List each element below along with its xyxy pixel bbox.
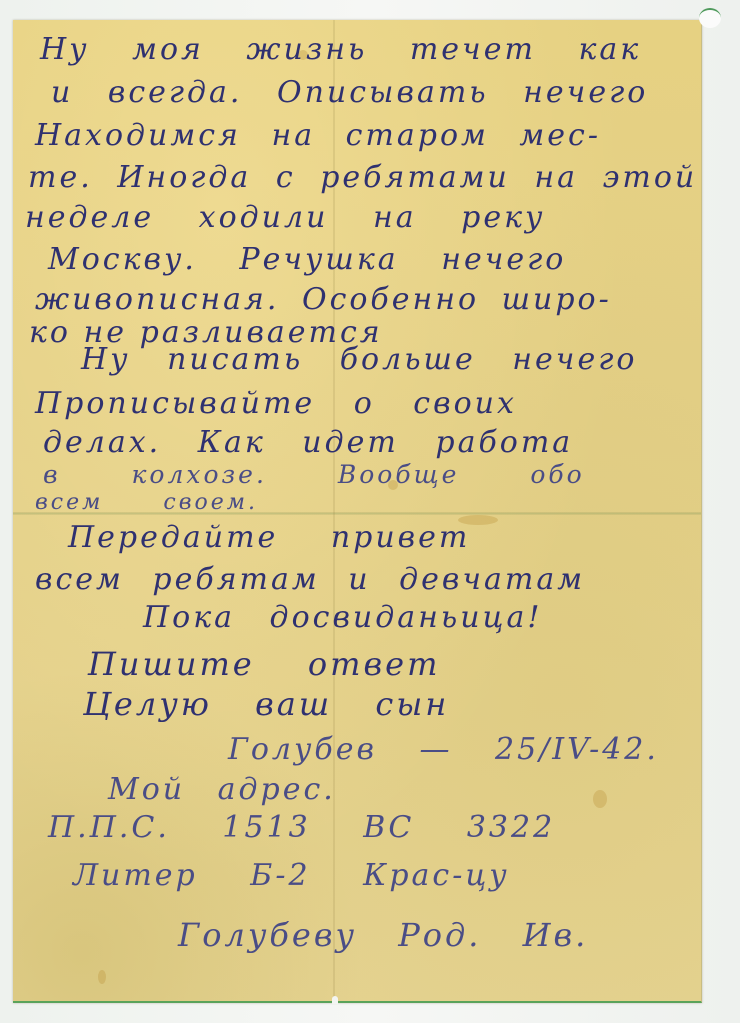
address-recipient: Голубеву Род. Ив.: [178, 916, 588, 954]
letter-line: Ну моя жизнь течет как: [40, 32, 641, 67]
address-line: Литер Б-2 Крас-цу: [73, 858, 510, 893]
letter-line: Ну писать больше нечего: [81, 342, 637, 377]
letter-line: Передайте привет: [68, 520, 470, 555]
letter-line: Прописывайте о своих: [35, 386, 517, 421]
letter-line: живописная. Особенно широ-: [35, 282, 612, 317]
signature-and-date: Голубев — 25/IV-42.: [228, 732, 659, 767]
bottom-tear-notch: [332, 996, 338, 1004]
letter-line: и всегда. Описывать нечего: [51, 75, 648, 110]
letter-line: те. Иногда с ребятами на этой: [28, 160, 697, 195]
letter-line: всем своем.: [35, 490, 258, 515]
letter-line: всем ребятам и девчатам: [35, 562, 585, 597]
paper-stain: [593, 790, 607, 808]
letter-paper: Ну моя жизнь течет как и всегда. Описыва…: [13, 20, 702, 1003]
address-heading: Мой адрес.: [108, 772, 336, 807]
letter-line: Целую ваш сын: [83, 685, 449, 723]
punched-hole: [699, 8, 721, 28]
paper-stain: [98, 970, 106, 984]
letter-line: в колхозе. Вообще обо: [43, 460, 585, 489]
letter-line: Пока досвиданьица!: [143, 600, 542, 635]
letter-line: Находимся на старом мес-: [35, 118, 601, 153]
letter-line: Пишите ответ: [88, 645, 440, 683]
letter-line: неделе ходили на реку: [25, 200, 545, 235]
letter-line: Москву. Речушка нечего: [48, 242, 566, 277]
address-line: П.П.С. 1513 ВС 3322: [48, 810, 555, 845]
letter-line: делах. Как идет работа: [43, 425, 573, 460]
